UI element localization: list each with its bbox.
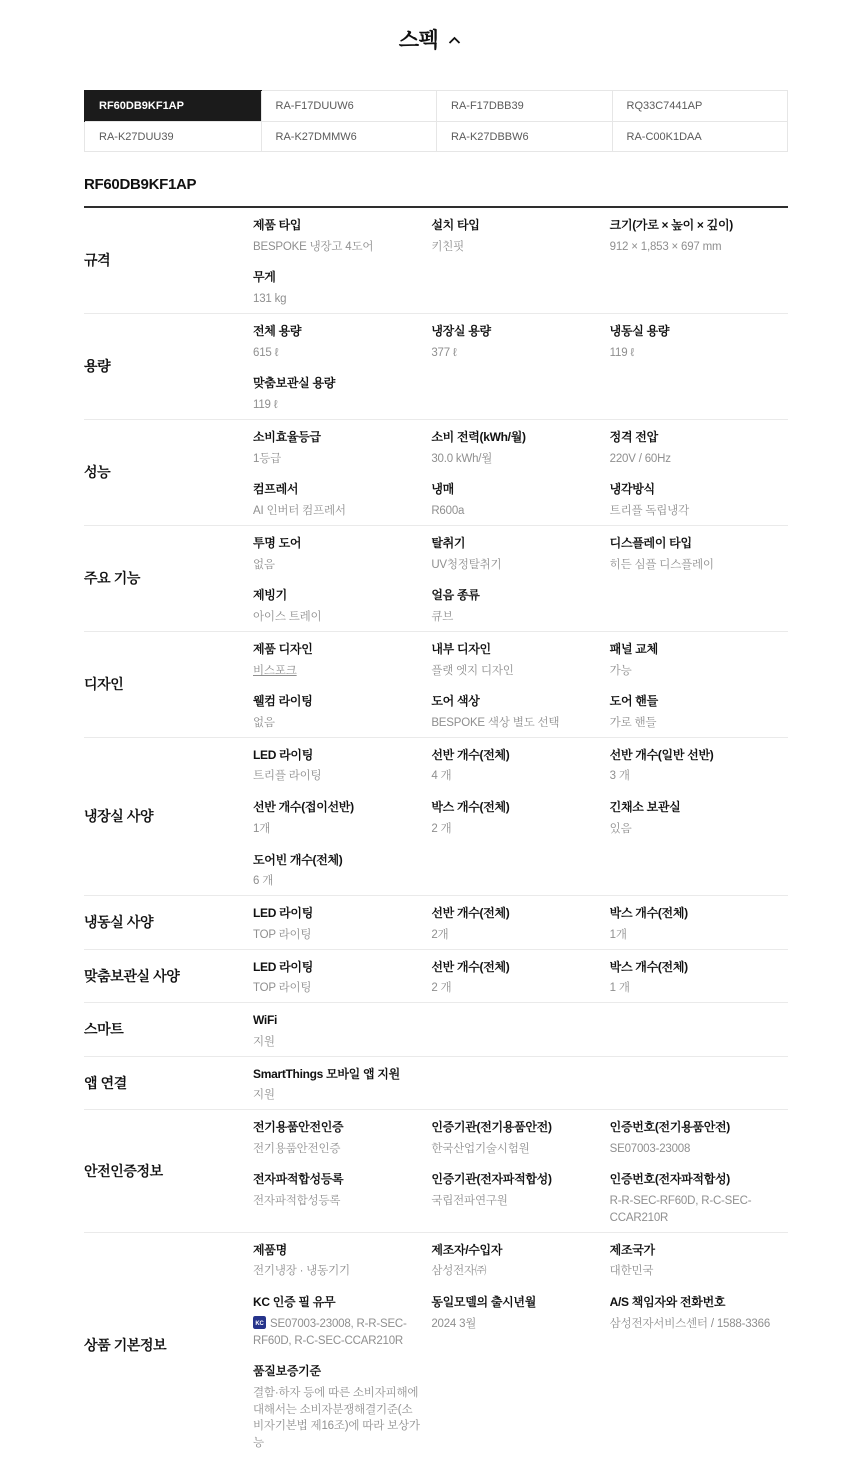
spec-section-row: 맞춤보관실 사양LED 라이팅TOP 라이팅선반 개수(전체)2 개박스 개수(… [84, 950, 788, 1003]
spec-item-label: 무게 [253, 271, 421, 285]
spec-item-value: 2024 3월 [431, 1316, 599, 1333]
spec-item-label: 냉각방식 [610, 483, 778, 497]
spec-item: 냉매R600a [431, 472, 609, 524]
spec-item: 동일모델의 출시년월2024 3월 [431, 1285, 609, 1354]
spec-item-value: 있음 [610, 821, 778, 838]
bottom-spacer [84, 1457, 788, 1483]
spec-item: 선반 개수(전체)4 개 [431, 738, 609, 790]
spec-item-value: 220V / 60Hz [610, 451, 778, 468]
spec-item-label: 패널 교체 [610, 643, 778, 657]
spec-item: 컴프레서AI 인버터 컴프레서 [253, 472, 431, 524]
spec-item-value: TOP 라이팅 [253, 927, 421, 944]
spec-item: 웰컴 라이팅없음 [253, 684, 431, 736]
spec-section-header[interactable]: 스펙 [0, 0, 860, 54]
spec-item: 얼음 종류큐브 [431, 578, 609, 630]
spec-item-value: 없음 [253, 557, 421, 574]
spec-item-value: 615 ℓ [253, 345, 421, 362]
spec-item-label: 맞춤보관실 용량 [253, 377, 421, 391]
spec-items-grid: 소비효율등급1등급소비 전력(kWh/월)30.0 kWh/월정격 전압220V… [253, 420, 788, 525]
spec-item-value: 지원 [253, 1087, 421, 1104]
spec-item-label: 정격 전압 [610, 431, 778, 445]
spec-item-value: 2 개 [431, 821, 599, 838]
spec-section-row: 안전인증정보전기용품안전인증전기용품안전인증인증기관(전기용품안전)한국산업기술… [84, 1110, 788, 1233]
spec-item-label: WiFi [253, 1014, 421, 1028]
spec-item: SmartThings 모바일 앱 지원지원 [253, 1057, 431, 1109]
spec-item: 전기용품안전인증전기용품안전인증 [253, 1110, 431, 1162]
spec-items-grid: LED 라이팅트리플 라이팅선반 개수(전체)4 개선반 개수(일반 선반)3 … [253, 738, 788, 895]
spec-item: 소비 전력(kWh/월)30.0 kWh/월 [431, 420, 609, 472]
spec-item: LED 라이팅트리플 라이팅 [253, 738, 431, 790]
spec-item-value: 전자파적합성등록 [253, 1193, 421, 1210]
spec-item-value: 119 ℓ [610, 345, 778, 362]
spec-item-value: 377 ℓ [431, 345, 599, 362]
spec-item-value: 플랫 엣지 디자인 [431, 663, 599, 680]
spec-item-value: 6 개 [253, 873, 421, 890]
spec-item-value: 전기냉장 · 냉동기기 [253, 1263, 421, 1280]
spec-section-row: 성능소비효율등급1등급소비 전력(kWh/월)30.0 kWh/월정격 전압22… [84, 420, 788, 526]
spec-item-label: 선반 개수(전체) [431, 749, 599, 763]
spec-item: 인증번호(전자파적합성)R-R-SEC-RF60D, R-C-SEC-CCAR2… [610, 1162, 788, 1231]
spec-table: 규격제품 타입BESPOKE 냉장고 4도어설치 타입키친핏크기(가로 × 높이… [84, 208, 788, 1457]
spec-item-value: 가로 핸들 [610, 715, 778, 732]
spec-item-label: 탈취기 [431, 537, 599, 551]
spec-item-value: 4 개 [431, 768, 599, 785]
spec-item-value: 1개 [253, 821, 421, 838]
spec-item: 제빙기아이스 트레이 [253, 578, 431, 630]
model-tab[interactable]: RA-K27DMMW6 [261, 121, 437, 151]
model-tab[interactable]: RA-F17DUUW6 [261, 91, 437, 121]
page-title: 스펙 [399, 24, 439, 54]
spec-item-label: 전기용품안전인증 [253, 1121, 421, 1135]
spec-item-label: 웰컴 라이팅 [253, 695, 421, 709]
spec-item: 도어 핸들가로 핸들 [610, 684, 788, 736]
spec-item: LED 라이팅TOP 라이팅 [253, 896, 431, 948]
spec-item-label: 인증기관(전자파적합성) [431, 1173, 599, 1187]
spec-item-label: SmartThings 모바일 앱 지원 [253, 1068, 421, 1082]
spec-item-label: 컴프레서 [253, 483, 421, 497]
spec-item: 선반 개수(전체)2개 [431, 896, 609, 948]
spec-item-value: 대한민국 [610, 1263, 778, 1280]
spec-item-value: 전기용품안전인증 [253, 1141, 421, 1158]
spec-item: 투명 도어없음 [253, 526, 431, 578]
spec-item-value: TOP 라이팅 [253, 980, 421, 997]
spec-item: 냉각방식트리플 독립냉각 [610, 472, 788, 524]
spec-items-grid: LED 라이팅TOP 라이팅선반 개수(전체)2개박스 개수(전체)1개 [253, 896, 788, 948]
kc-certification-icon: KC [253, 1316, 266, 1329]
spec-item-value: 트리플 독립냉각 [610, 503, 778, 520]
spec-item-value: 없음 [253, 715, 421, 732]
selected-model-title: RF60DB9KF1AP [84, 176, 788, 208]
spec-item: 인증기관(전자파적합성)국립전파연구원 [431, 1162, 609, 1231]
spec-item: 도어빈 개수(전체)6 개 [253, 843, 431, 895]
spec-item-label: 도어빈 개수(전체) [253, 854, 421, 868]
spec-item-value: 트리플 라이팅 [253, 768, 421, 785]
spec-item: 제조국가대한민국 [610, 1233, 788, 1285]
spec-item-label: 선반 개수(전체) [431, 961, 599, 975]
spec-item: KC 인증 필 유무KCSE07003-23008, R-R-SEC-RF60D… [253, 1285, 431, 1354]
spec-item-label: 선반 개수(접이선반) [253, 801, 421, 815]
spec-item: 선반 개수(전체)2 개 [431, 950, 609, 1002]
spec-item: 전자파적합성등록전자파적합성등록 [253, 1162, 431, 1231]
spec-item-label: 인증번호(전자파적합성) [610, 1173, 778, 1187]
spec-item: 내부 디자인플랫 엣지 디자인 [431, 632, 609, 684]
spec-category: 안전인증정보 [84, 1110, 253, 1232]
spec-item-value: 1개 [610, 927, 778, 944]
spec-items-grid: WiFi지원 [253, 1003, 788, 1055]
spec-items-grid: 투명 도어없음탈취기UV청정탈취기디스플레이 타입히든 심플 디스플레이제빙기아… [253, 526, 788, 631]
spec-item-label: 얼음 종류 [431, 589, 599, 603]
spec-item-value: 912 × 1,853 × 697 mm [610, 239, 778, 256]
spec-item-value: 국립전파연구원 [431, 1193, 599, 1210]
spec-item-label: 박스 개수(전체) [610, 961, 778, 975]
spec-item-label: 제빙기 [253, 589, 421, 603]
spec-item-label: 선반 개수(일반 선반) [610, 749, 778, 763]
spec-item-label: 선반 개수(전체) [431, 907, 599, 921]
spec-item: 냉장실 용량377 ℓ [431, 314, 609, 366]
spec-item-label: 소비 전력(kWh/월) [431, 431, 599, 445]
spec-item-value: 2개 [431, 927, 599, 944]
spec-item-value: 삼성전자서비스센터 / 1588-3366 [610, 1316, 778, 1333]
spec-item-label: 도어 핸들 [610, 695, 778, 709]
spec-item-label: 박스 개수(전체) [610, 907, 778, 921]
spec-category: 맞춤보관실 사양 [84, 950, 253, 1002]
spec-category: 용량 [84, 314, 253, 419]
spec-item-label: LED 라이팅 [253, 907, 421, 921]
spec-item-label: 제품 타입 [253, 219, 421, 233]
model-tab[interactable]: RF60DB9KF1AP [85, 91, 261, 121]
spec-category: 스마트 [84, 1003, 253, 1055]
spec-item-label: KC 인증 필 유무 [253, 1296, 421, 1310]
spec-category: 냉장실 사양 [84, 738, 253, 895]
spec-item-label: 인증번호(전기용품안전) [610, 1121, 778, 1135]
spec-item: 전체 용량615 ℓ [253, 314, 431, 366]
spec-item-label: LED 라이팅 [253, 961, 421, 975]
spec-item-label: 전체 용량 [253, 325, 421, 339]
spec-item-label: 냉장실 용량 [431, 325, 599, 339]
spec-item-value: 2 개 [431, 980, 599, 997]
spec-items-grid: LED 라이팅TOP 라이팅선반 개수(전체)2 개박스 개수(전체)1 개 [253, 950, 788, 1002]
spec-item-value: 키친핏 [431, 239, 599, 256]
model-tabs: RF60DB9KF1APRA-F17DUUW6RA-F17DBB39RQ33C7… [84, 90, 788, 152]
spec-item: 품질보증기준결함·하자 등에 따른 소비자피해에 대해서는 소비자분쟁해결기준(… [253, 1354, 431, 1456]
spec-item-label: 인증기관(전기용품안전) [431, 1121, 599, 1135]
spec-item-value: 3 개 [610, 768, 778, 785]
spec-category: 성능 [84, 420, 253, 525]
spec-item-value: R-R-SEC-RF60D, R-C-SEC-CCAR210R [610, 1193, 778, 1226]
spec-section-row: 규격제품 타입BESPOKE 냉장고 4도어설치 타입키친핏크기(가로 × 높이… [84, 208, 788, 314]
spec-item: 설치 타입키친핏 [431, 208, 609, 260]
spec-content: RF60DB9KF1APRA-F17DUUW6RA-F17DBB39RQ33C7… [84, 90, 788, 1483]
spec-items-grid: 제품명전기냉장 · 냉동기기제조자/수입자삼성전자㈜제조국가대한민국KC 인증 … [253, 1233, 788, 1457]
spec-item: 박스 개수(전체)1 개 [610, 950, 788, 1002]
spec-item: 제품 타입BESPOKE 냉장고 4도어 [253, 208, 431, 260]
spec-item: 냉동실 용량119 ℓ [610, 314, 788, 366]
spec-section-row: 냉장실 사양LED 라이팅트리플 라이팅선반 개수(전체)4 개선반 개수(일반… [84, 738, 788, 896]
spec-item-value: 30.0 kWh/월 [431, 451, 599, 468]
spec-item: 박스 개수(전체)1개 [610, 896, 788, 948]
spec-item-label: 냉매 [431, 483, 599, 497]
spec-item: 인증기관(전기용품안전)한국산업기술시험원 [431, 1110, 609, 1162]
spec-item: 제조자/수입자삼성전자㈜ [431, 1233, 609, 1285]
spec-item-value: R600a [431, 503, 599, 520]
spec-item-label: 긴채소 보관실 [610, 801, 778, 815]
spec-item: 소비효율등급1등급 [253, 420, 431, 472]
spec-item: 도어 색상BESPOKE 색상 별도 선택 [431, 684, 609, 736]
spec-item-label: 냉동실 용량 [610, 325, 778, 339]
spec-item-label: 설치 타입 [431, 219, 599, 233]
spec-category: 디자인 [84, 632, 253, 737]
spec-item: 맞춤보관실 용량119 ℓ [253, 366, 431, 418]
spec-item-value-link[interactable]: 비스포크 [253, 663, 421, 680]
spec-item: 디스플레이 타입히든 심플 디스플레이 [610, 526, 788, 578]
spec-item-label: 제품 디자인 [253, 643, 421, 657]
spec-item: LED 라이팅TOP 라이팅 [253, 950, 431, 1002]
spec-item: 선반 개수(일반 선반)3 개 [610, 738, 788, 790]
spec-item-value: 큐브 [431, 609, 599, 626]
spec-item: A/S 책임자와 전화번호삼성전자서비스센터 / 1588-3366 [610, 1285, 788, 1354]
spec-category: 앱 연결 [84, 1057, 253, 1109]
spec-item-value: 1등급 [253, 451, 421, 468]
spec-category: 주요 기능 [84, 526, 253, 631]
spec-items-grid: 전기용품안전인증전기용품안전인증인증기관(전기용품안전)한국산업기술시험원인증번… [253, 1110, 788, 1232]
spec-section-row: 냉동실 사양LED 라이팅TOP 라이팅선반 개수(전체)2개박스 개수(전체)… [84, 896, 788, 949]
spec-item-label: 제조자/수입자 [431, 1244, 599, 1258]
spec-item-label: 소비효율등급 [253, 431, 421, 445]
spec-item-value: 아이스 트레이 [253, 609, 421, 626]
spec-item-label: 제조국가 [610, 1244, 778, 1258]
spec-item: 정격 전압220V / 60Hz [610, 420, 788, 472]
spec-item: 제품명전기냉장 · 냉동기기 [253, 1233, 431, 1285]
spec-item-value: BESPOKE 색상 별도 선택 [431, 715, 599, 732]
spec-item: 패널 교체가능 [610, 632, 788, 684]
spec-item-value: 가능 [610, 663, 778, 680]
spec-section-row: 앱 연결SmartThings 모바일 앱 지원지원 [84, 1057, 788, 1110]
spec-section-row: 디자인제품 디자인비스포크내부 디자인플랫 엣지 디자인패널 교체가능웰컴 라이… [84, 632, 788, 738]
spec-item: 박스 개수(전체)2 개 [431, 790, 609, 842]
spec-section-row: 상품 기본정보제품명전기냉장 · 냉동기기제조자/수입자삼성전자㈜제조국가대한민… [84, 1233, 788, 1457]
chevron-up-icon[interactable] [448, 36, 461, 45]
spec-section-row: 주요 기능투명 도어없음탈취기UV청정탈취기디스플레이 타입히든 심플 디스플레… [84, 526, 788, 632]
spec-item: 인증번호(전기용품안전)SE07003-23008 [610, 1110, 788, 1162]
model-tab[interactable]: RA-K27DBBW6 [436, 121, 612, 151]
spec-item-label: 투명 도어 [253, 537, 421, 551]
spec-item-value: BESPOKE 냉장고 4도어 [253, 239, 421, 256]
spec-item: 크기(가로 × 높이 × 깊이)912 × 1,853 × 697 mm [610, 208, 788, 260]
spec-item-label: 동일모델의 출시년월 [431, 1296, 599, 1310]
model-tab[interactable]: RA-F17DBB39 [436, 91, 612, 121]
spec-item: 긴채소 보관실있음 [610, 790, 788, 842]
spec-item-value: KCSE07003-23008, R-R-SEC-RF60D, R-C-SEC-… [253, 1316, 421, 1349]
spec-item-value: SE07003-23008 [610, 1141, 778, 1158]
spec-item-value: 한국산업기술시험원 [431, 1141, 599, 1158]
spec-item-value: 지원 [253, 1034, 421, 1051]
spec-item-label: 디스플레이 타입 [610, 537, 778, 551]
spec-items-grid: SmartThings 모바일 앱 지원지원 [253, 1057, 788, 1109]
spec-section-row: 용량전체 용량615 ℓ냉장실 용량377 ℓ냉동실 용량119 ℓ맞춤보관실 … [84, 314, 788, 420]
spec-category: 상품 기본정보 [84, 1233, 253, 1457]
spec-item: 탈취기UV청정탈취기 [431, 526, 609, 578]
spec-item: 무게131 kg [253, 260, 431, 312]
spec-item-value: 131 kg [253, 291, 421, 308]
svg-text:KC: KC [255, 1321, 264, 1327]
spec-item-value: 히든 심플 디스플레이 [610, 557, 778, 574]
spec-item-label: 박스 개수(전체) [431, 801, 599, 815]
spec-item-value: 119 ℓ [253, 397, 421, 414]
spec-items-grid: 전체 용량615 ℓ냉장실 용량377 ℓ냉동실 용량119 ℓ맞춤보관실 용량… [253, 314, 788, 419]
spec-item-value: UV청정탈취기 [431, 557, 599, 574]
spec-item: 제품 디자인비스포크 [253, 632, 431, 684]
spec-item-label: 품질보증기준 [253, 1365, 421, 1379]
spec-item-label: A/S 책임자와 전화번호 [610, 1296, 778, 1310]
spec-item-value: 결함·하자 등에 따른 소비자피해에 대해서는 소비자분쟁해결기준(소비자기본법… [253, 1385, 421, 1452]
spec-category: 규격 [84, 208, 253, 313]
spec-item-label: 크기(가로 × 높이 × 깊이) [610, 219, 778, 233]
spec-item-value: 삼성전자㈜ [431, 1263, 599, 1280]
spec-item-label: 도어 색상 [431, 695, 599, 709]
spec-section-row: 스마트WiFi지원 [84, 1003, 788, 1056]
model-tab[interactable]: RA-K27DUU39 [85, 121, 261, 151]
model-tab[interactable]: RQ33C7441AP [612, 91, 788, 121]
spec-item-value: 1 개 [610, 980, 778, 997]
spec-item-label: LED 라이팅 [253, 749, 421, 763]
spec-item-label: 전자파적합성등록 [253, 1173, 421, 1187]
spec-item-label: 내부 디자인 [431, 643, 599, 657]
spec-item: WiFi지원 [253, 1003, 431, 1055]
spec-item-value: AI 인버터 컴프레서 [253, 503, 421, 520]
spec-items-grid: 제품 타입BESPOKE 냉장고 4도어설치 타입키친핏크기(가로 × 높이 ×… [253, 208, 788, 313]
spec-category: 냉동실 사양 [84, 896, 253, 948]
model-tab[interactable]: RA-C00K1DAA [612, 121, 788, 151]
spec-item: 선반 개수(접이선반)1개 [253, 790, 431, 842]
spec-item-label: 제품명 [253, 1244, 421, 1258]
spec-items-grid: 제품 디자인비스포크내부 디자인플랫 엣지 디자인패널 교체가능웰컴 라이팅없음… [253, 632, 788, 737]
